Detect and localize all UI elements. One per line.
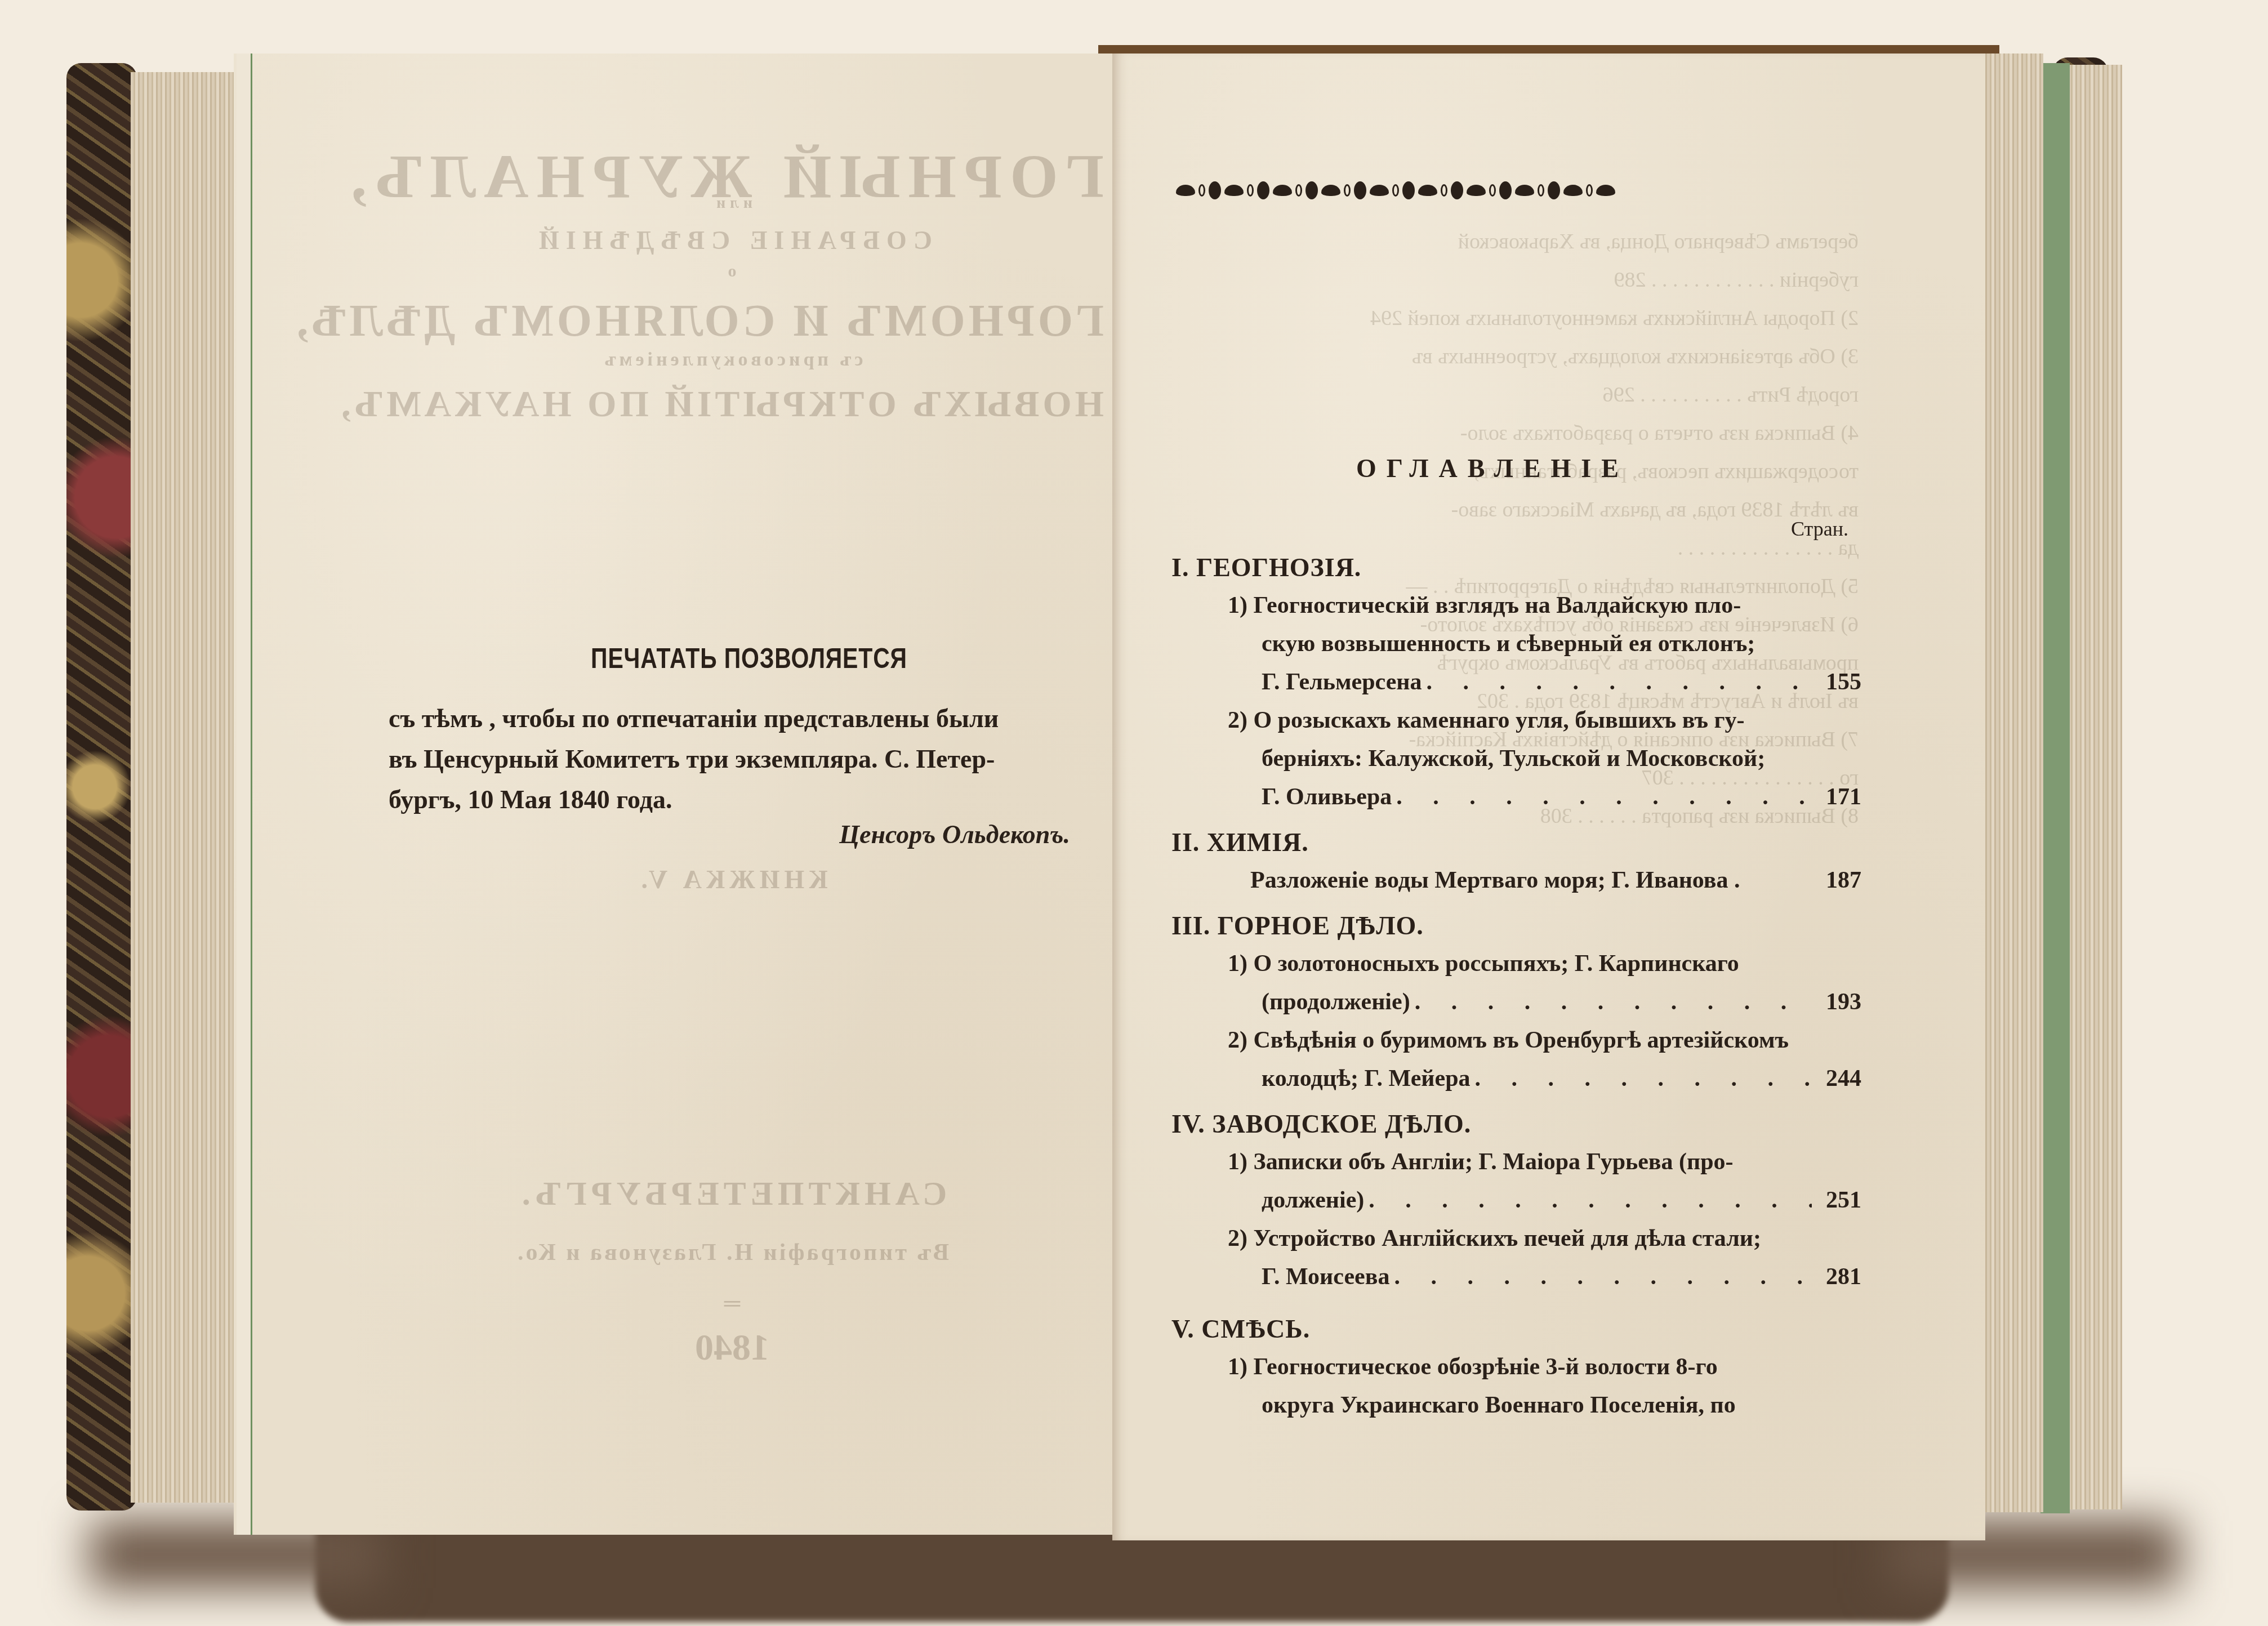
entry-line: 1) Записки объ Англіи; Г. Маіора Гурьева… — [1228, 1143, 1861, 1181]
left-page-gutter-strip — [237, 54, 251, 1535]
bleed-through-rule: ═ — [360, 1290, 1104, 1316]
toc-entry[interactable]: 2) О розыскахъ каменнаго угля, бывшихъ в… — [1228, 701, 1861, 816]
entry-author: Г. Гельмерсена — [1262, 663, 1422, 701]
bleed-through-line: ГОРНОМЪ И СОЛЯНОМЪ ДѢЛѢ, — [360, 296, 1104, 347]
bleed-through-line: САНКТПЕТЕРБУРГЪ. — [360, 1174, 1104, 1213]
bleed-through-line: 4) Выписка изъ отчета о разработкахъ зол… — [1166, 414, 1859, 452]
ornament-oval-icon — [1354, 181, 1366, 199]
entry-last-line: Г. Гельмерсена . . . . . . . . . . . . .… — [1228, 663, 1861, 701]
ornament-dome-icon — [1176, 185, 1195, 196]
censor-text-line: бургъ, 10 Мая 1840 года. — [389, 779, 1104, 820]
marbled-cover-left — [66, 63, 137, 1511]
bleed-through-line: губерніи . . . . . . . . . . . . 289 — [1166, 261, 1859, 299]
ornament-ring-icon — [1538, 184, 1544, 197]
ornament-oval-icon — [1548, 181, 1560, 199]
table-of-contents: I. ГЕОГНОЗІЯ. 1) Геогностическій взглядъ… — [1171, 549, 1861, 1432]
censor-signature: Ценсоръ Ольдекопъ. — [788, 819, 1070, 849]
ornament-ring-icon — [1198, 184, 1205, 197]
ornament-dome-icon — [1321, 185, 1340, 196]
censor-text-line: съ тѣмъ , чтобы по отпечатаніи представл… — [389, 698, 1104, 739]
dot-leader: . . . . . . . . . . . . . . . . . . . . … — [1396, 778, 1812, 816]
ornament-oval-icon — [1257, 181, 1269, 199]
section-heading: II. ХИМІЯ. — [1171, 824, 1861, 861]
page-number: 193 — [1816, 983, 1861, 1021]
entry-title: Разложеніе воды Мертваго моря; Г. Иванов… — [1250, 861, 1740, 899]
ornament-ring-icon — [1392, 184, 1399, 197]
ornament-ring-icon — [1295, 184, 1302, 197]
entry-line: 2) О розыскахъ каменнаго угля, бывшихъ в… — [1228, 701, 1861, 740]
toc-entry[interactable]: 2) Устройство Англійскихъ печей для дѣла… — [1228, 1219, 1861, 1296]
dot-leader: . . . . . . . . . . . . . . . . . . . . … — [1475, 1059, 1812, 1098]
entry-last-line: Г. Оливьера . . . . . . . . . . . . . . … — [1228, 778, 1861, 816]
bleed-through-line: 2) Породы Англійскихъ каменноугольныхъ к… — [1166, 299, 1859, 337]
ornament-dome-icon — [1563, 185, 1583, 196]
page-edges-left — [131, 72, 238, 1503]
bleed-through-line: 3) Объ артезіанскихъ колодцахъ, устроенн… — [1166, 337, 1859, 376]
ornament-oval-icon — [1499, 181, 1512, 199]
toc-entry[interactable]: 1) Геогностическое обозрѣніе 3-й волости… — [1228, 1348, 1861, 1424]
ornament-ring-icon — [1344, 184, 1351, 197]
entry-author: (продолженіе) — [1262, 983, 1410, 1021]
section-heading: V. СМѢСЬ. — [1171, 1311, 1861, 1348]
censor-text-line: въ Ценсурный Комитетъ три экземпляра. С.… — [389, 739, 1104, 779]
entry-line: скую возвышенность и сѣверный ея отклонъ… — [1228, 625, 1861, 663]
page-number: 187 — [1816, 861, 1861, 899]
bleed-through-line: Въ типографіи Н. Глазунова и Ко. — [360, 1239, 1104, 1266]
entry-author: долженіе) — [1262, 1181, 1364, 1219]
ornament-oval-icon — [1305, 181, 1318, 199]
ornament-dome-icon — [1224, 185, 1244, 196]
dot-leader: . . . . . . . . . . . . . . . . . . . . … — [1369, 1181, 1812, 1219]
section-heading: III. ГОРНОЕ ДѢЛО. — [1171, 907, 1861, 945]
bleed-through-line: НОВЫХЪ ОТКРЫТІЙ ПО НАУКАМЪ, — [360, 383, 1104, 426]
entry-last-line: Г. Моисеева . . . . . . . . . . . . . . … — [1228, 1258, 1861, 1296]
green-endpaper — [2040, 63, 2070, 1513]
toc-section-metallurgy: IV. ЗАВОДСКОЕ ДѢЛО. 1) Записки объ Англі… — [1171, 1106, 1861, 1296]
section-heading: IV. ЗАВОДСКОЕ ДѢЛО. — [1171, 1106, 1861, 1143]
entry-line: 2) Устройство Англійскихъ печей для дѣла… — [1228, 1219, 1861, 1258]
toc-entry[interactable]: 1) О золотоносныхъ россыпяхъ; Г. Карпинс… — [1228, 945, 1861, 1021]
page-number: 251 — [1816, 1181, 1861, 1219]
dot-leader: . . . . . . . . . . . . . . . . . . . . … — [1415, 983, 1812, 1021]
page-number: 244 — [1816, 1059, 1861, 1098]
ornament-dome-icon — [1467, 185, 1486, 196]
ornament-ring-icon — [1441, 184, 1447, 197]
toc-section-miscellany: V. СМѢСЬ. 1) Геогностическое обозрѣніе 3… — [1171, 1311, 1861, 1424]
page-edges-right-outer — [2068, 65, 2122, 1509]
ornament-dome-icon — [1596, 185, 1615, 196]
ornament-ring-icon — [1489, 184, 1496, 197]
entry-line: 2) Свѣдѣнія о буримомъ въ Оренбургѣ арте… — [1228, 1021, 1861, 1059]
bleed-through-line: КНИЖКА V. — [360, 865, 1104, 894]
entry-line: берніяхъ: Калужской, Тульской и Московск… — [1228, 740, 1861, 778]
entry-line: округа Украинскаго Военнаго Поселенія, п… — [1228, 1386, 1861, 1424]
binding-thread — [251, 54, 252, 1535]
entry-line: 1) Геогностическое обозрѣніе 3-й волости… — [1228, 1348, 1861, 1386]
spine-headband — [1098, 45, 1999, 54]
toc-entry[interactable]: 2) Свѣдѣнія о буримомъ въ Оренбургѣ арте… — [1228, 1021, 1861, 1098]
dot-leader: . . . . . . . . . . . . . . . . . . . . … — [1427, 663, 1812, 701]
entry-last-line: долженіе) . . . . . . . . . . . . . . . … — [1228, 1181, 1861, 1219]
section-heading: I. ГЕОГНОЗІЯ. — [1171, 549, 1861, 586]
ornament-ring-icon — [1586, 184, 1593, 197]
bleed-through-line: или — [360, 194, 1104, 212]
censor-heading: ПЕЧАТАТЬ ПОЗВОЛЯЕТСЯ — [587, 642, 911, 675]
entry-last-line: (продолженіе) . . . . . . . . . . . . . … — [1228, 983, 1861, 1021]
entry-author: Г. Оливьера — [1262, 778, 1392, 816]
bleed-through-line: 1840 — [360, 1326, 1104, 1369]
ornament-dome-icon — [1273, 185, 1292, 196]
ornament-dome-icon — [1370, 185, 1389, 196]
toc-entry[interactable]: Разложеніе воды Мертваго моря; Г. Иванов… — [1228, 861, 1861, 899]
bleed-through-line: о — [360, 262, 1104, 281]
bleed-through-line: въ лѣтѣ 1839 года, въ дачахъ Міасскаго з… — [1166, 491, 1859, 529]
ornament-dome-icon — [1418, 185, 1437, 196]
page-number: 171 — [1816, 778, 1861, 816]
bleed-through-line: берегамъ Сѣвернаго Донца, въ Харьковской — [1166, 222, 1859, 261]
bleed-through-line: городѣ Ритъ . . . . . . . . . . 296 — [1166, 376, 1859, 414]
ornament-oval-icon — [1451, 181, 1463, 199]
entry-author: Г. Моисеева — [1262, 1258, 1389, 1296]
page-edges-right — [1978, 54, 2043, 1512]
censor-text: съ тѣмъ , чтобы по отпечатаніи представл… — [389, 698, 1104, 820]
entry-last-line: Разложеніе воды Мертваго моря; Г. Иванов… — [1228, 861, 1861, 899]
toc-entry[interactable]: 1) Геогностическій взглядъ на Валдайскую… — [1228, 586, 1861, 701]
bleed-through-line: съ присовокупленіемъ — [360, 349, 1104, 371]
toc-entry[interactable]: 1) Записки объ Англіи; Г. Маіора Гурьева… — [1228, 1143, 1861, 1219]
ornament-dome-icon — [1515, 185, 1534, 196]
dot-leader: . . . . . . . . . . . . . . . . . . . . … — [1394, 1258, 1812, 1296]
ornament-oval-icon — [1402, 181, 1415, 199]
entry-author: колодцѣ; Г. Мейера — [1262, 1059, 1471, 1098]
entry-last-line: колодцѣ; Г. Мейера . . . . . . . . . . .… — [1228, 1059, 1861, 1098]
toc-section-mining: III. ГОРНОЕ ДѢЛО. 1) О золотоносныхъ рос… — [1171, 907, 1861, 1098]
page-number: 281 — [1816, 1258, 1861, 1296]
ornament-ring-icon — [1247, 184, 1254, 197]
page-column-label: Стран. — [1791, 517, 1848, 541]
ornamental-border — [1176, 179, 1852, 202]
entry-line: 1) Геогностическій взглядъ на Валдайскую… — [1228, 586, 1861, 625]
page-number: 155 — [1816, 663, 1861, 701]
ornament-oval-icon — [1209, 181, 1221, 199]
toc-title: ОГЛАВЛЕНІЕ — [1295, 453, 1690, 483]
toc-section-chemistry: II. ХИМІЯ. Разложеніе воды Мертваго моря… — [1171, 824, 1861, 899]
toc-section-geognosy: I. ГЕОГНОЗІЯ. 1) Геогностическій взглядъ… — [1171, 549, 1861, 816]
bleed-through-line: СОБРАНІЕ СВѢДѢНІЙ — [360, 225, 1104, 255]
entry-line: 1) О золотоносныхъ россыпяхъ; Г. Карпинс… — [1228, 945, 1861, 983]
